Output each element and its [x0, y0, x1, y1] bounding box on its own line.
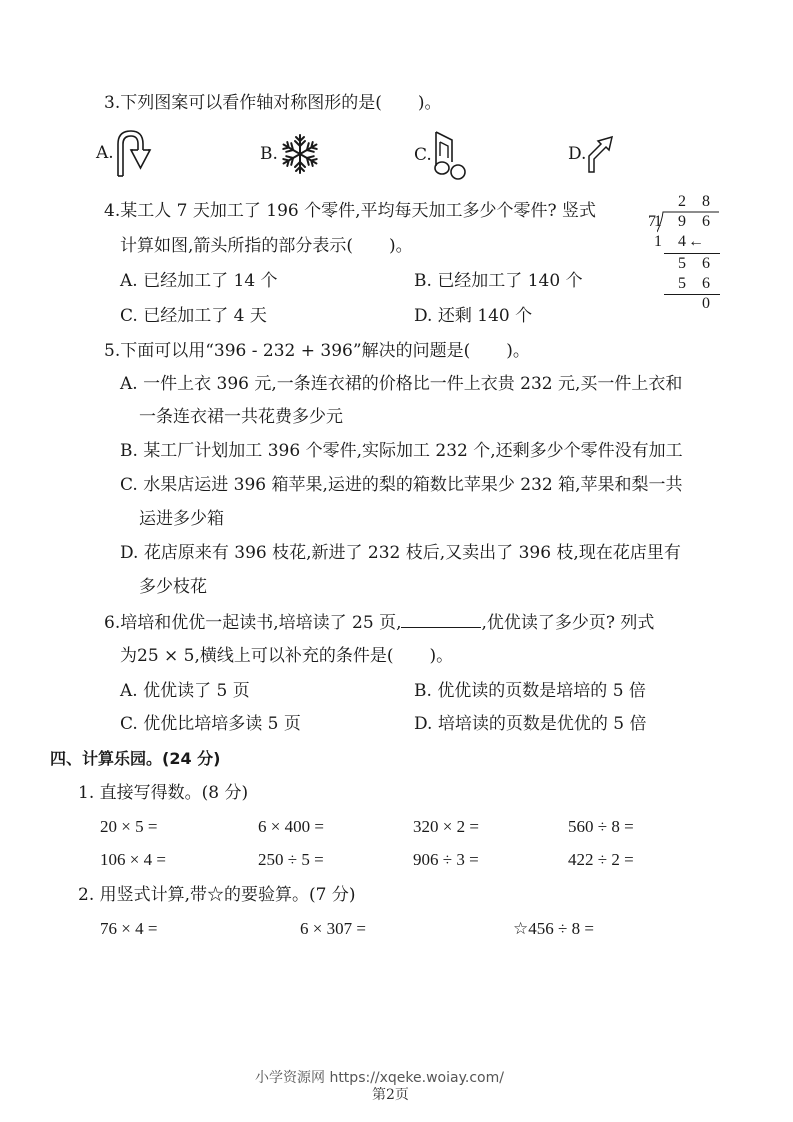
- q4-option-c: C. 已经加工了 4 天: [120, 305, 267, 327]
- remainder: 0: [702, 294, 716, 313]
- q5-option-b: B. 某工厂计划加工 396 个零件,实际加工 232 个,还剩多少个零件没有加…: [120, 440, 683, 462]
- q4-stem-line1: 4.某工人 7 天加工了 196 个零件,平均每天加工多少个零件? 竖式: [104, 200, 596, 222]
- step-2: 5 6: [678, 254, 716, 273]
- q5-option-d-line2: 多少枝花: [139, 576, 207, 598]
- calc-item: 320 × 2 =: [413, 816, 479, 838]
- q3-option-d: D.: [568, 134, 616, 174]
- q3-option-a: A.: [96, 128, 154, 178]
- long-division-figure: 2 8 7 1 9 6 1 4 ← 5 6 5 6 0: [640, 192, 720, 312]
- q3-option-b: B.: [260, 132, 322, 176]
- q5-option-c-line1: C. 水果店运进 396 箱苹果,运进的梨的箱数比苹果少 232 箱,苹果和梨一…: [120, 474, 683, 496]
- vertical-calc-item: 6 × 307 =: [300, 918, 366, 940]
- page-number: 第2页: [372, 1084, 409, 1104]
- part-2-title: 2. 用竖式计算,带☆的要验算。(7 分): [78, 884, 356, 906]
- fill-in-blank[interactable]: [401, 611, 481, 628]
- calc-item: 106 × 4 =: [100, 849, 166, 871]
- calc-item: 560 ÷ 8 =: [568, 816, 634, 838]
- q5-stem: 5.下面可以用“396 - 232 + 396”解决的问题是()。: [104, 340, 530, 362]
- vertical-calc-item: ☆456 ÷ 8 =: [513, 918, 594, 940]
- calc-item: 20 × 5 =: [100, 816, 157, 838]
- watermark: 小学资源网 https://xqeke.woiay.com/: [255, 1067, 504, 1087]
- u-turn-arrow-icon: [114, 128, 154, 178]
- step-3: 5 6: [678, 274, 716, 293]
- calc-item: 422 ÷ 2 =: [568, 849, 634, 871]
- q5-option-c-line2: 运进多少箱: [139, 508, 224, 530]
- vertical-calc-item: 76 × 4 =: [100, 918, 157, 940]
- calc-item: 6 × 400 =: [258, 816, 324, 838]
- q6-option-b: B. 优优读的页数是培培的 5 倍: [414, 680, 646, 702]
- q4-option-a: A. 已经加工了 14 个: [120, 270, 278, 292]
- q4-stem-line2: 计算如图,箭头所指的部分表示()。: [120, 235, 413, 257]
- step-1: 1 4: [654, 232, 692, 251]
- q6-option-d: D. 培培读的页数是优优的 5 倍: [414, 713, 646, 735]
- q3-number: 3.: [104, 93, 120, 113]
- part-1-title: 1. 直接写得数。(8 分): [78, 782, 248, 804]
- q3-option-c: C.: [414, 128, 468, 182]
- q5-option-a-line1: A. 一件上衣 396 元,一条连衣裙的价格比一件上衣贵 232 元,买一件上衣…: [120, 373, 682, 395]
- dividend: 1 9 6: [654, 212, 716, 231]
- section-4-title: 四、计算乐园。(24 分): [50, 748, 220, 770]
- bent-arrow-icon: [586, 134, 616, 174]
- calc-item: 906 ÷ 3 =: [413, 849, 479, 871]
- q5-option-d-line1: D. 花店原来有 396 枝花,新进了 232 枝后,又卖出了 396 枝,现在…: [120, 542, 681, 564]
- q6-stem-line2: 为25 × 5,横线上可以补充的条件是()。: [120, 645, 453, 667]
- q3-stem: 3.下列图案可以看作轴对称图形的是()。: [104, 92, 442, 114]
- q6-stem-line1: 6.培培和优优一起读书,培培读了 25 页,,优优读了多少页? 列式: [104, 611, 654, 634]
- q6-option-c: C. 优优比培培多读 5 页: [120, 713, 301, 735]
- q4-option-d: D. 还剩 140 个: [414, 305, 532, 327]
- snowflake-icon: [278, 132, 322, 176]
- arrow-icon: ←: [688, 232, 704, 251]
- quotient: 2 8: [678, 192, 716, 211]
- music-note-icon: [432, 128, 468, 182]
- q5-option-a-line2: 一条连衣裙一共花费多少元: [139, 406, 343, 428]
- q6-option-a: A. 优优读了 5 页: [120, 680, 250, 702]
- exam-page: 3.下列图案可以看作轴对称图形的是()。 A. B.: [0, 0, 793, 1122]
- q4-option-b: B. 已经加工了 140 个: [414, 270, 583, 292]
- calc-item: 250 ÷ 5 =: [258, 849, 324, 871]
